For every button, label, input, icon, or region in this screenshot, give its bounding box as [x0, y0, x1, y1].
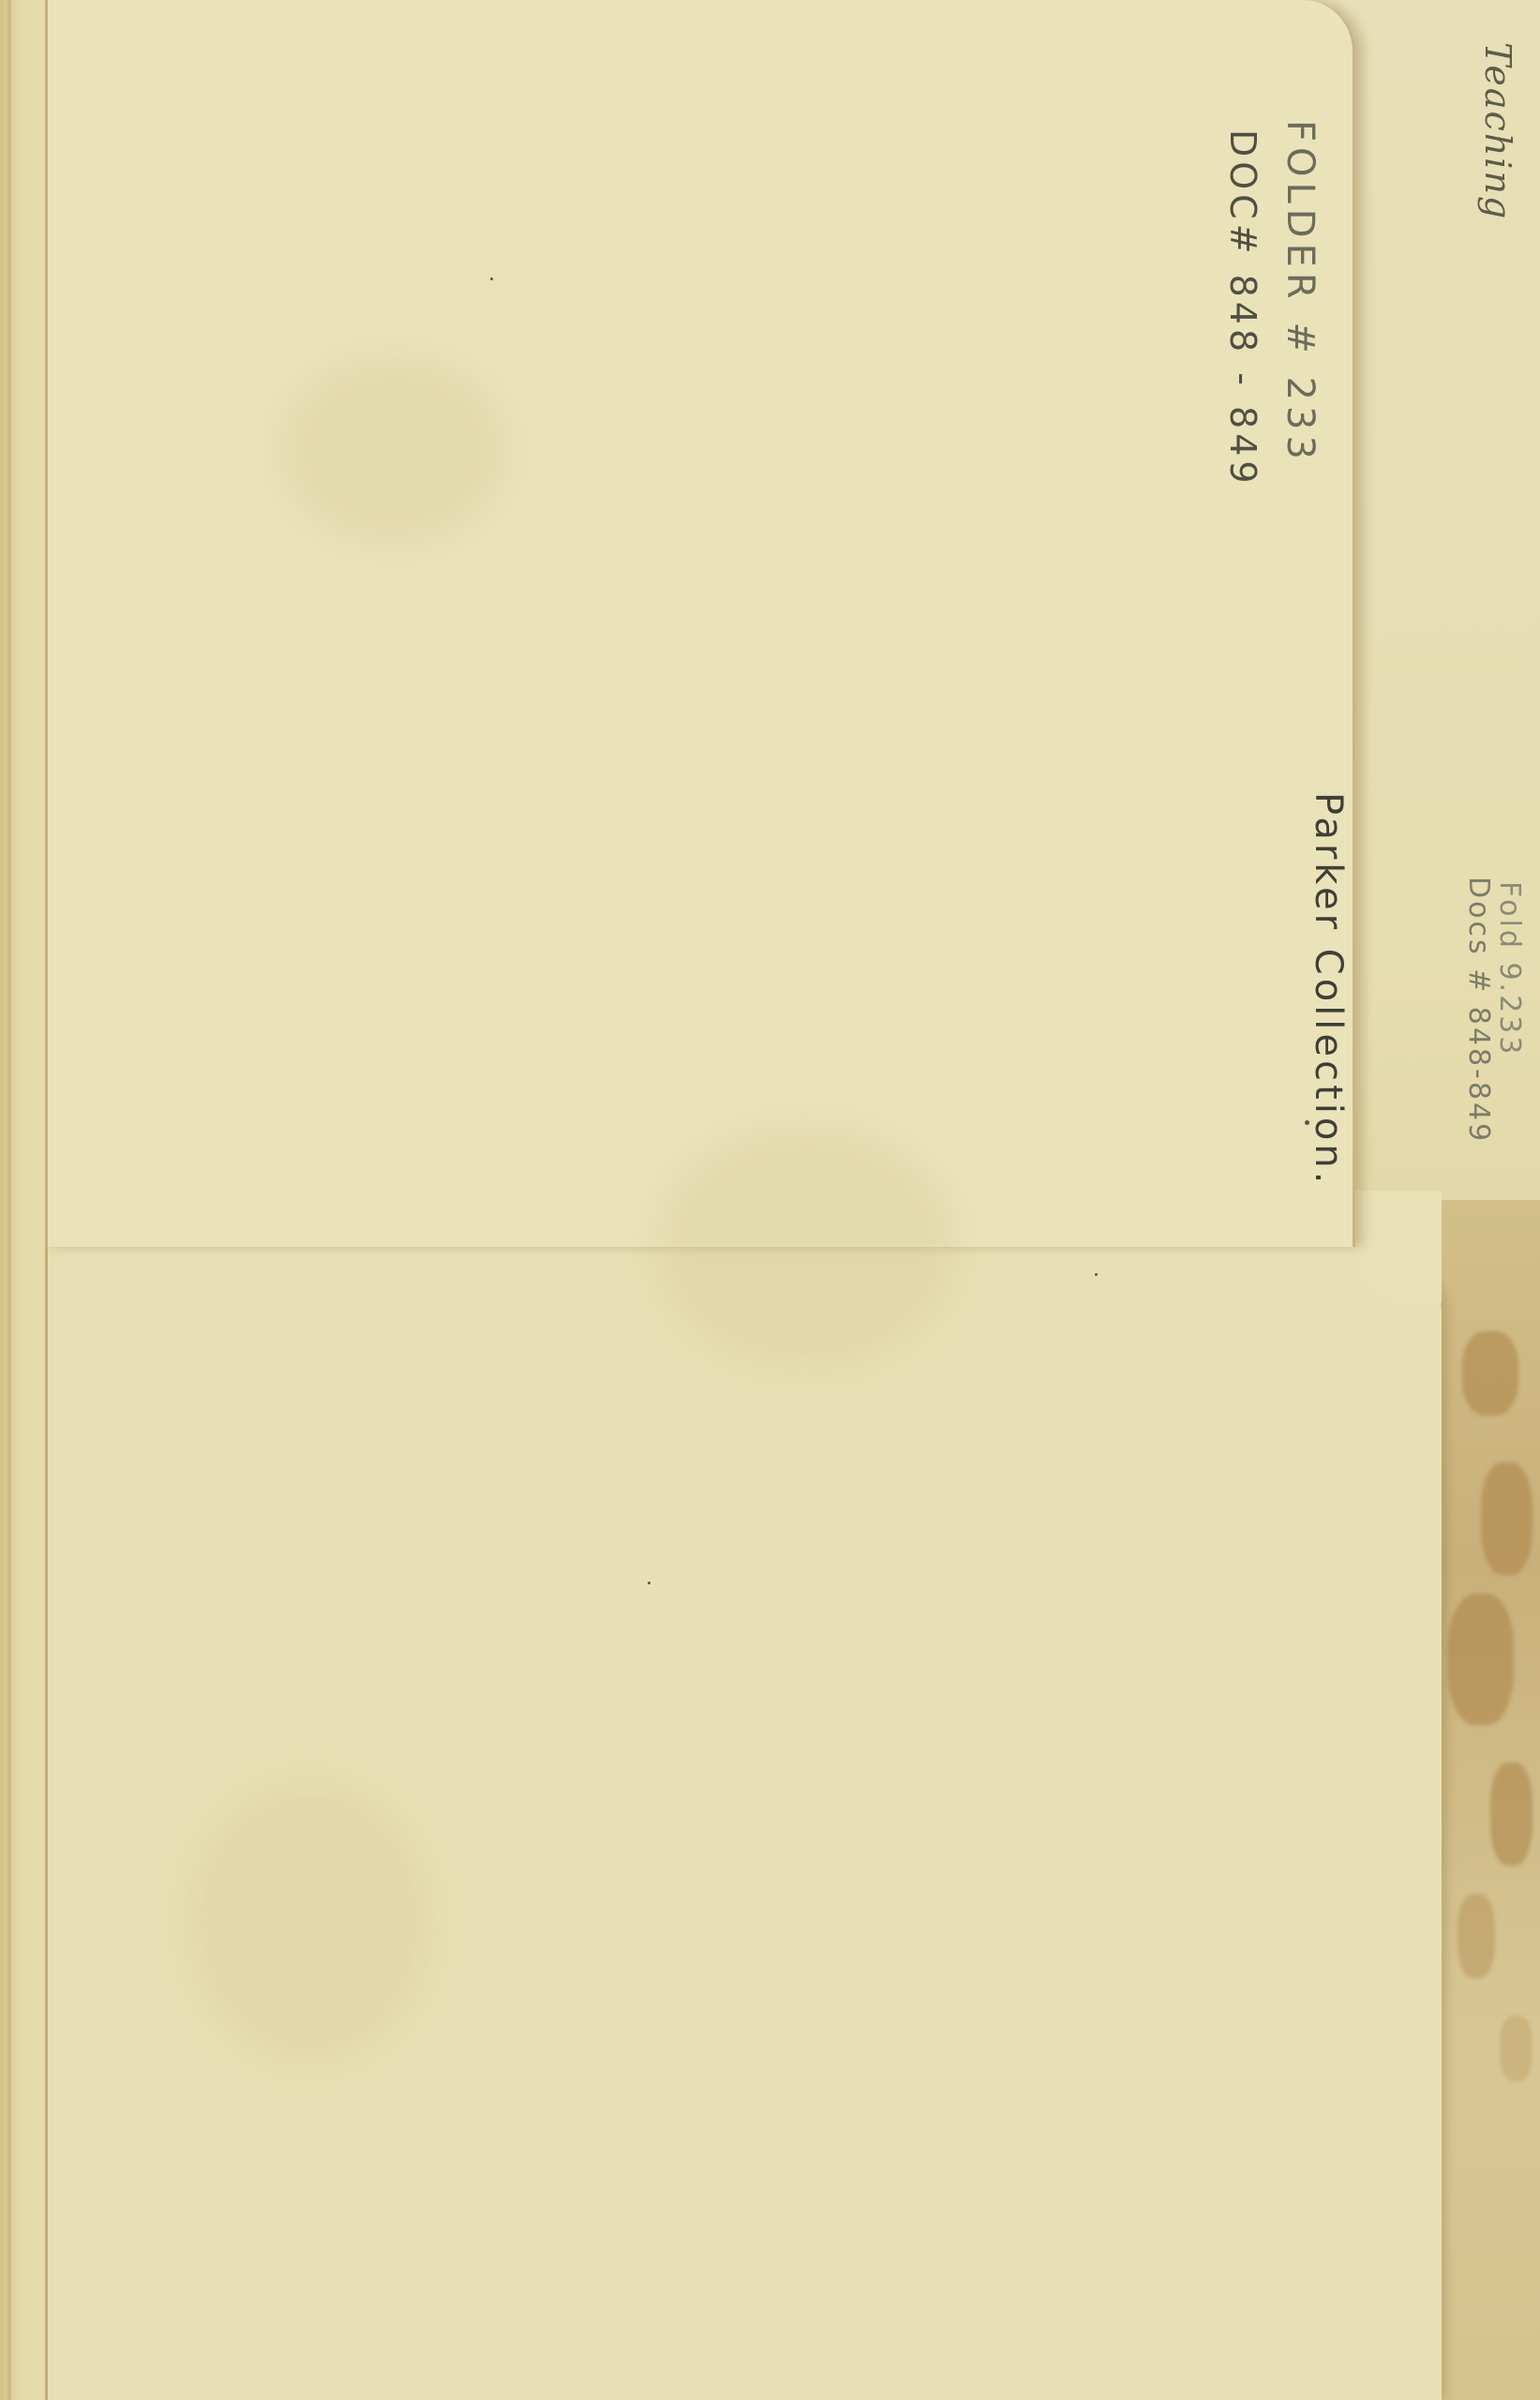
paper-speck [490, 277, 493, 280]
stain-mark [1490, 1762, 1533, 1866]
stain-mark [1500, 2016, 1533, 2081]
folder-crease-line [7, 0, 11, 2400]
folder-spine-line [45, 0, 48, 2400]
stain-mark [1448, 1594, 1514, 1725]
paper-discoloration [656, 1125, 956, 1369]
folder-number-label: FOLDER # 233 [1278, 120, 1322, 465]
collection-tab-label: Parker Collection. [1307, 792, 1350, 1187]
paper-discoloration [281, 356, 506, 544]
back-tab-label: Teaching [1477, 42, 1518, 220]
stain-mark [1462, 1331, 1518, 1416]
stain-mark [1481, 1462, 1533, 1575]
paper-speck [648, 1582, 650, 1584]
front-folder-leaf-tab [45, 0, 1355, 1247]
back-docs-range-label: Docs # 848-849 [1462, 877, 1495, 1144]
paper-speck [1095, 1273, 1098, 1276]
folder-scan: Teaching FOLDER # 233 DOC# 848 - 849 Par… [0, 0, 1540, 2400]
paper-discoloration [187, 1781, 431, 2062]
back-folder-number-label: Fold 9.233 [1493, 881, 1526, 1057]
stain-mark [1458, 1894, 1495, 1978]
document-range-label: DOC# 848 - 849 [1222, 129, 1263, 488]
